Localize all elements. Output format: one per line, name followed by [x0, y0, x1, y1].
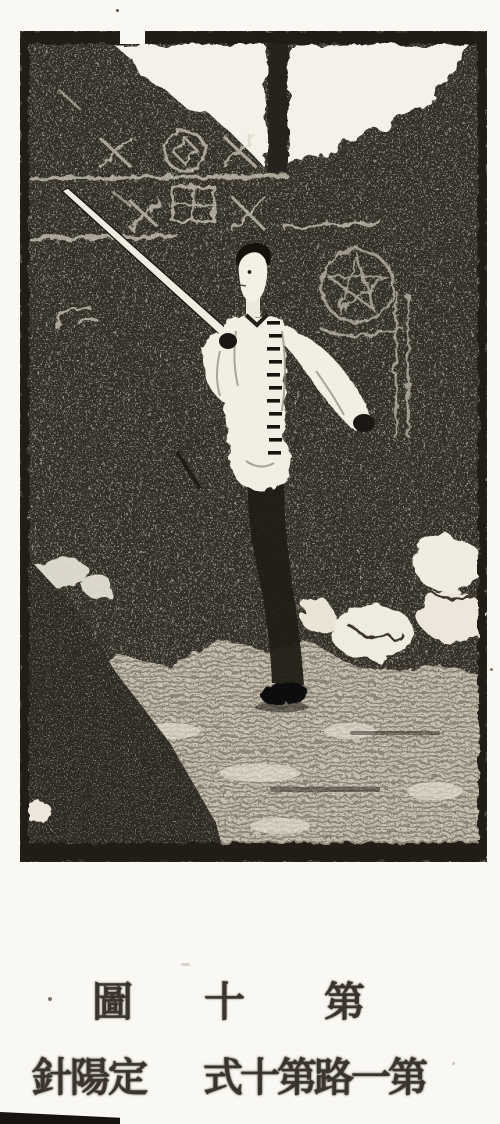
- figure-caption-char-3: 第: [324, 982, 365, 1023]
- eye: [248, 270, 252, 274]
- print-speck: [48, 997, 52, 1001]
- figure-caption-char-1: 圖: [92, 982, 133, 1023]
- print-smudge: [181, 963, 190, 966]
- form-number-text: 式十第路一第: [203, 1058, 425, 1098]
- fence-post: [268, 37, 288, 173]
- book-page: 圖 十 第 針陽定 式十第路一第: [0, 0, 500, 1124]
- form-name-text: 針陽定: [32, 1058, 146, 1098]
- sword-hand: [219, 333, 237, 349]
- halftone-photo-art: [20, 31, 487, 862]
- print-speck: [452, 1062, 455, 1065]
- print-speck: [116, 9, 119, 12]
- right-hand: [353, 414, 375, 432]
- page-edge-mark: [0, 1111, 120, 1124]
- figure-caption-char-2: 十: [204, 982, 245, 1023]
- mouth: [240, 285, 246, 286]
- print-speck: [490, 668, 493, 671]
- figure-photo: [20, 31, 487, 862]
